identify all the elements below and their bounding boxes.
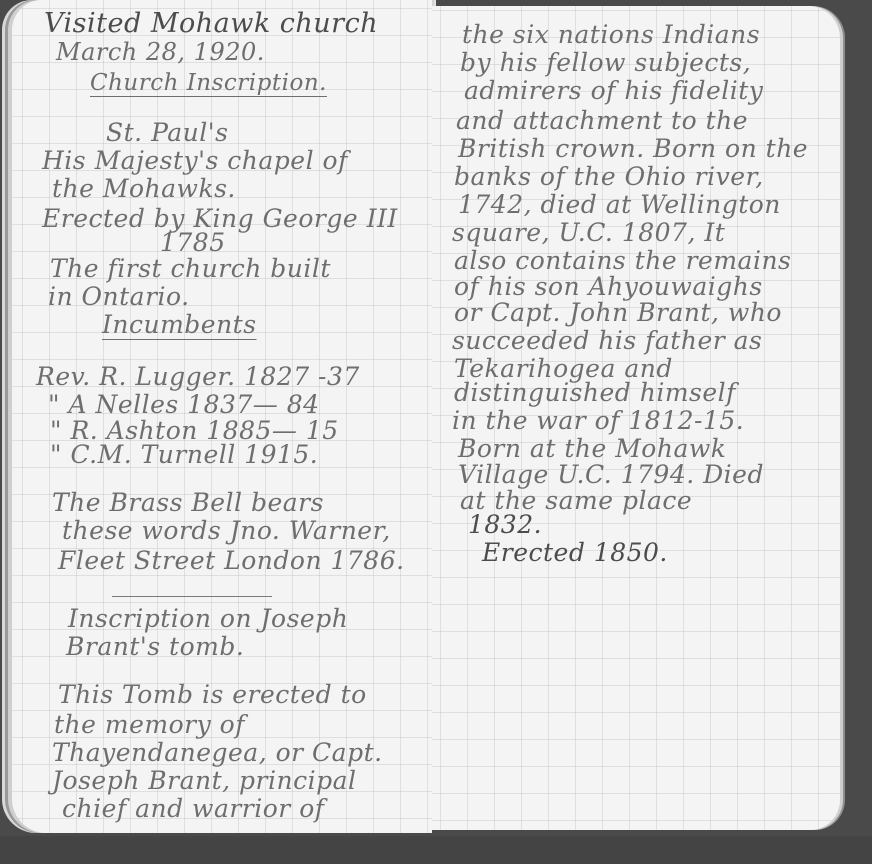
tomb-inscription-line: Born at the Mohawk [458,434,726,463]
incumbents-heading: Incumbents [102,310,257,339]
tomb-heading: Brant's tomb. [66,632,244,661]
bell-note-line: The Brass Bell bears [52,488,324,517]
tomb-inscription-line: chief and warrior of [62,794,325,823]
tomb-inscription-line: in the war of 1812-15. [452,406,744,435]
tomb-inscription-line: admirers of his fidelity [464,76,763,105]
inscription-line: St. Paul's [106,118,228,147]
tomb-inscription-line: or Capt. John Brant, who [454,298,782,327]
tomb-inscription-line: succeeded his father as [452,326,762,355]
tomb-inscription-line: by his fellow subjects, [460,48,751,77]
tomb-inscription-line: Village U.C. 1794. Died [458,460,764,489]
inscription-line: The first church built [50,254,331,283]
inscription-line: His Majesty's chapel of [42,146,348,175]
tomb-inscription-line: British crown. Born on the [458,134,808,163]
bell-note-line: Fleet Street London 1786. [58,546,405,575]
tomb-inscription-line: and attachment to the [456,106,748,135]
tomb-inscription-line: Joseph Brant, principal [52,766,356,795]
tomb-inscription-line: distinguished himself [454,378,736,407]
tomb-erected-line: Erected 1850. [482,538,668,567]
incumbent-entry: " C.M. Turnell 1915. [50,440,318,469]
church-inscription-heading: Church Inscription. [90,70,327,96]
tomb-inscription-line: 1832. [468,510,542,539]
tomb-inscription-line: Thayendanegea, or Capt. [52,738,383,767]
inscription-line: 1785 [160,228,226,257]
visit-date: March 28, 1920. [56,38,265,66]
tomb-heading: Inscription on Joseph [68,604,348,633]
notebook-spread: Visited Mohawk church March 28, 1920. Ch… [0,0,872,864]
right-page: the six nations Indians by his fellow su… [432,6,840,830]
tomb-inscription-line: the memory of [54,710,245,739]
inscription-line: the Mohawks. [52,174,236,203]
tomb-inscription-line: of his son Ahyouwaighs [454,272,763,301]
bell-note-line: these words Jno. Warner, [62,516,391,545]
left-page: Visited Mohawk church March 28, 1920. Ch… [12,0,432,833]
inscription-line: in Ontario. [48,282,190,311]
section-divider [112,596,272,597]
tomb-inscription-line: banks of the Ohio river, [454,162,764,191]
tomb-inscription-line: square, U.C. 1807, It [452,218,725,247]
tomb-inscription-line: also contains the remains [454,246,791,275]
tomb-inscription-line: the six nations Indians [462,20,760,49]
incumbent-entry: " A Nelles 1837— 84 [48,390,320,419]
incumbent-entry: Rev. R. Lugger. 1827 -37 [36,362,360,391]
visit-heading: Visited Mohawk church [44,8,378,39]
tomb-inscription-line: 1742, died at Wellington [458,190,781,219]
scan-background [0,836,872,864]
tomb-inscription-line: This Tomb is erected to [58,680,367,709]
